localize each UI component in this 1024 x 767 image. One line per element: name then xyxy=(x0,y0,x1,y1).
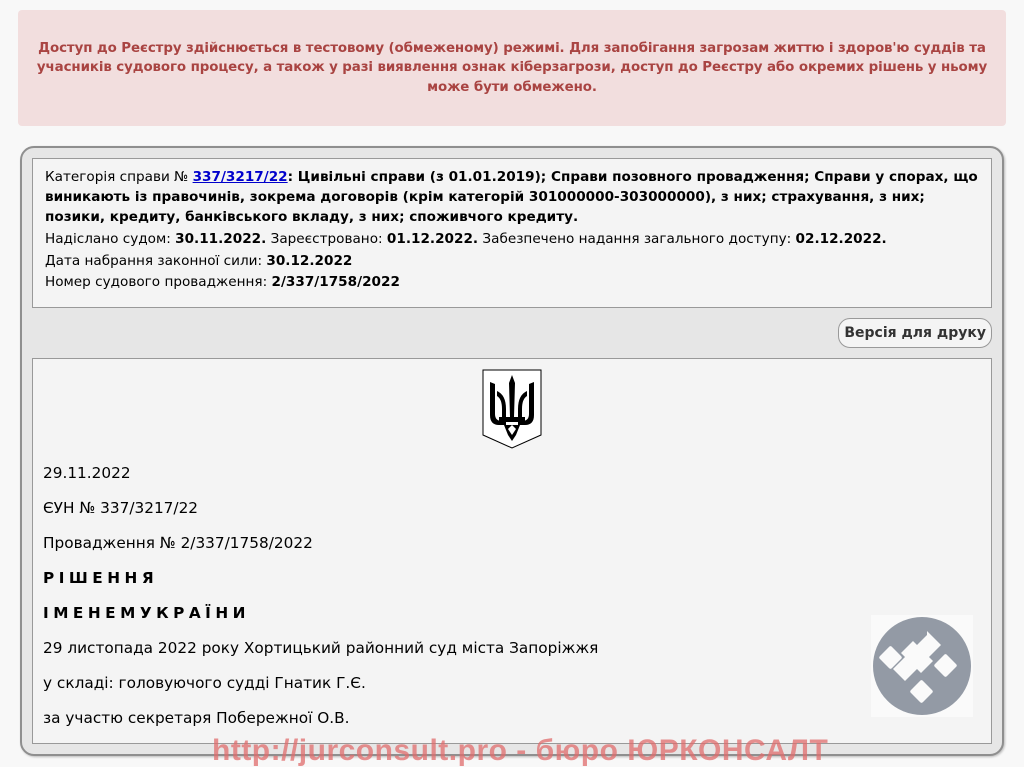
case-dates: Надіслано судом: 30.11.2022. Зареєстрова… xyxy=(45,229,979,251)
proceeding-number: 2/337/1758/2022 xyxy=(272,274,400,290)
case-info-panel: Категорія справи № 337/3217/22: Цивільні… xyxy=(32,158,992,308)
sent-date: 30.11.2022. xyxy=(175,231,266,247)
case-number-link[interactable]: 337/3217/22 xyxy=(193,169,288,185)
proceeding-row: Номер судового провадження: 2/337/1758/2… xyxy=(45,272,979,294)
proceeding-label: Номер судового провадження: xyxy=(45,274,272,290)
effective-date-row: Дата набрання законної сили: 30.12.2022 xyxy=(45,251,979,273)
decision-date: 29.11.2022 xyxy=(43,464,598,499)
decision-text: 29.11.2022 ЄУН № 337/3217/22 Провадження… xyxy=(43,464,598,744)
ukraine-trident-emblem-icon xyxy=(482,369,542,449)
in-the-name-of-ukraine: ІМЕНЕМУКРАЇНИ xyxy=(43,604,598,639)
access-warning-alert: Доступ до Реєстру здійснюється в тестово… xyxy=(18,10,1006,126)
unique-case-number: ЄУН № 337/3217/22 xyxy=(43,499,598,534)
judge-line: у складі: головуючого судді Гнатик Г.Є. xyxy=(43,674,598,709)
registered-label: Зареєстровано: xyxy=(266,231,387,247)
public-access-date: 02.12.2022. xyxy=(796,231,887,247)
effective-date: 30.12.2022 xyxy=(266,253,352,269)
public-access-label: Забезпечено надання загального доступу: xyxy=(478,231,795,247)
puzzle-badge-icon xyxy=(871,615,973,717)
decision-heading: РІШЕННЯ xyxy=(43,569,598,604)
proceeding-number-line: Провадження № 2/337/1758/2022 xyxy=(43,534,598,569)
print-version-button[interactable]: Версія для друку xyxy=(838,318,992,348)
category-label: Категорія справи № xyxy=(45,169,193,185)
sent-label: Надіслано судом: xyxy=(45,231,175,247)
court-line: 29 листопада 2022 року Хортицький районн… xyxy=(43,639,598,674)
case-category: Категорія справи № 337/3217/22: Цивільні… xyxy=(45,167,979,227)
access-warning-text: Доступ до Реєстру здійснюється в тестово… xyxy=(34,39,990,98)
watermark-text: http://jurconsult.pro - бюро ЮРКОНСАЛТ xyxy=(212,734,812,767)
registered-date: 01.12.2022. xyxy=(387,231,478,247)
decision-document: 29.11.2022 ЄУН № 337/3217/22 Провадження… xyxy=(32,358,992,744)
decision-container: Категорія справи № 337/3217/22: Цивільні… xyxy=(20,146,1004,756)
effective-label: Дата набрання законної сили: xyxy=(45,253,266,269)
